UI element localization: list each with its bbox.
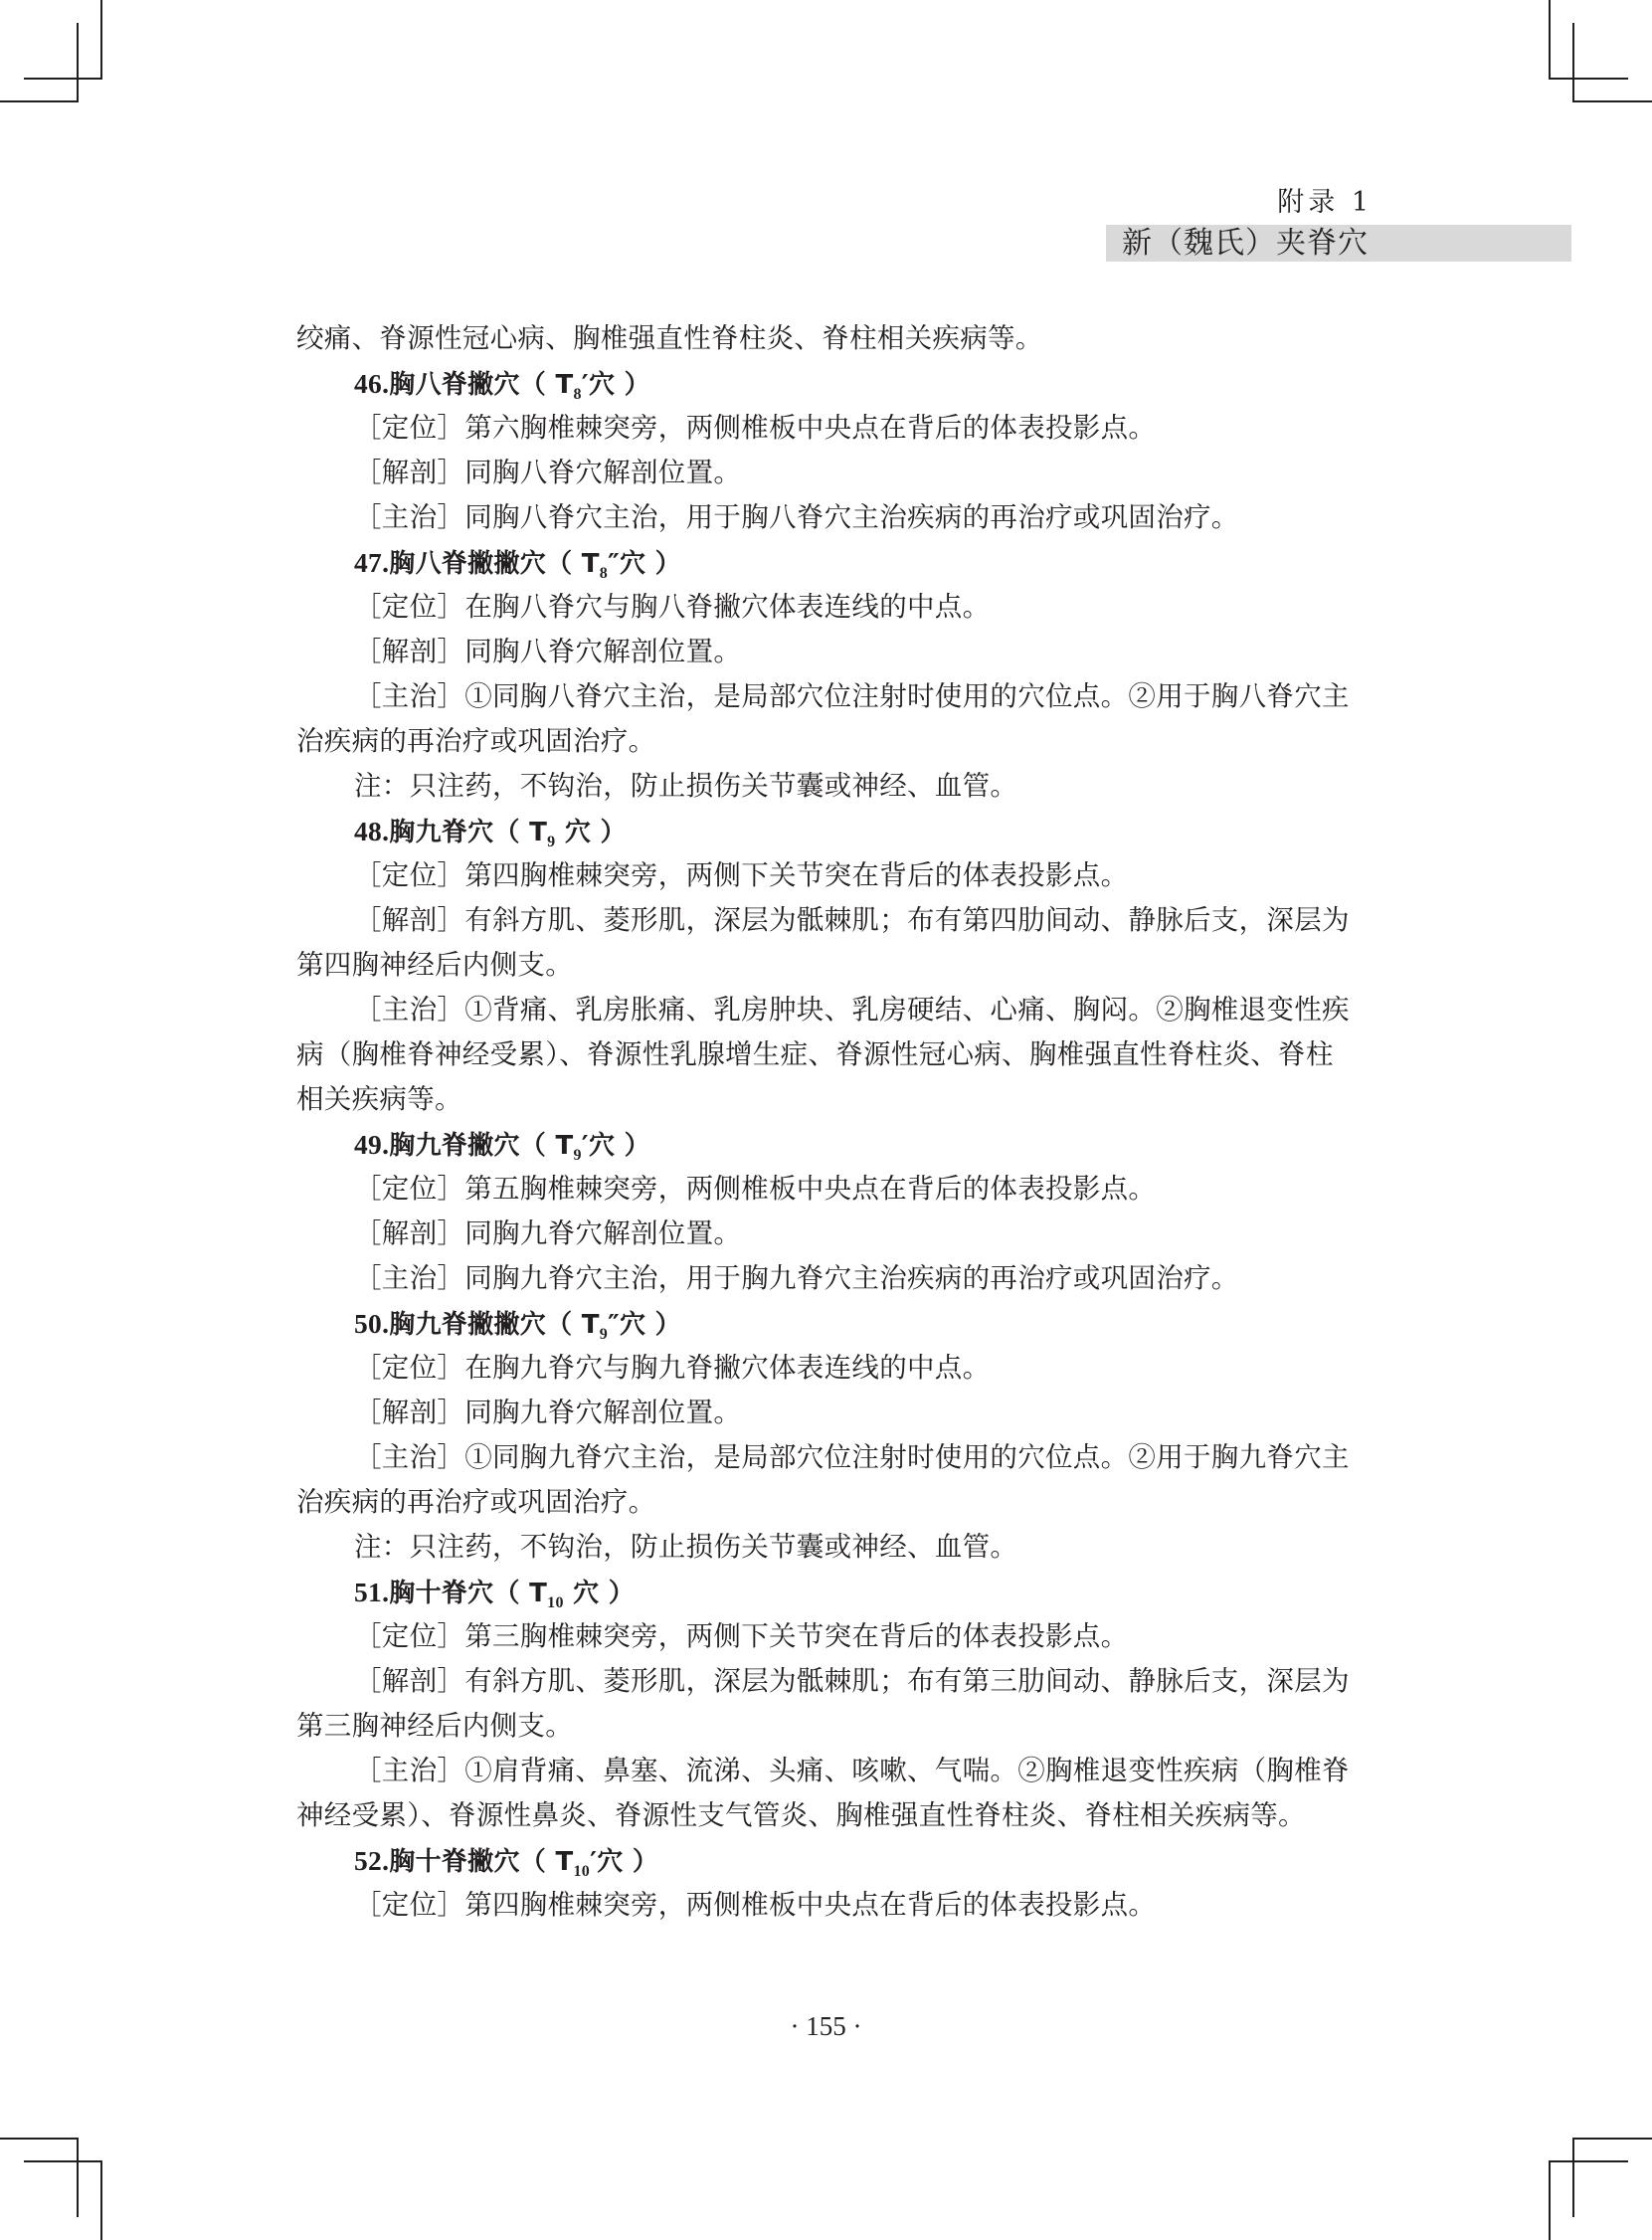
crop-mark-bottom-left	[100, 2160, 102, 2240]
entry-heading: 51.胸十脊穴（ T10 穴 ）	[296, 1570, 1390, 1614]
entry-code-prefix: （ T	[520, 1131, 574, 1161]
crop-mark-bottom-left	[77, 2138, 79, 2217]
entry-text-line: ［解剖］同胸九脊穴解剖位置。	[296, 1212, 1390, 1256]
entry-name: 胸八脊撇穴	[389, 370, 520, 400]
entry-text-line: ［主治］①同胸九脊穴主治，是局部穴位注射时使用的穴位点。②用于胸九脊穴主	[296, 1435, 1390, 1480]
entry-code-suffix: ′穴 ）	[590, 1847, 658, 1877]
entry-code-suffix: 穴 ）	[555, 818, 626, 847]
entry-text-line: ［解剖］同胸九脊穴解剖位置。	[296, 1391, 1390, 1435]
entry-code-prefix: （ T	[520, 1847, 574, 1877]
entry-name: 胸九脊穴	[389, 818, 493, 847]
entry-text-line: ［定位］在胸八脊穴与胸八脊撇穴体表连线的中点。	[296, 585, 1390, 630]
crop-mark-bottom-left	[24, 2160, 102, 2162]
entry-heading: 47.胸八脊撇撇穴（ T8″穴 ）	[296, 540, 1390, 585]
entry-code-prefix: （ T	[493, 1579, 547, 1608]
entry-heading: 46.胸八脊撇穴（ T8′穴 ）	[296, 361, 1390, 406]
entry-number: 52.	[354, 1845, 389, 1876]
entry-text-line: 相关疾病等。	[296, 1077, 1390, 1122]
entry-text-line: ［主治］同胸九脊穴主治，用于胸九脊穴主治疾病的再治疗或巩固治疗。	[296, 1256, 1390, 1301]
entry-code-suffix: ″穴 ）	[608, 1310, 681, 1340]
entry-code-subscript: 8	[600, 565, 608, 582]
entry-heading: 52.胸十脊撇穴（ T10′穴 ）	[296, 1838, 1390, 1883]
entry-text-line: ［解剖］有斜方肌、菱形肌，深层为骶棘肌；布有第四肋间动、静脉后支，深层为	[296, 898, 1390, 943]
crop-mark-bottom-right	[1572, 2138, 1652, 2140]
entry-text-line: 第三胸神经后内侧支。	[296, 1704, 1390, 1749]
entry-text-line: ［主治］同胸八脊穴主治，用于胸八脊穴主治疾病的再治疗或巩固治疗。	[296, 495, 1390, 540]
entry-text-line: 注：只注药，不钩治，防止损伤关节囊或神经、血管。	[296, 1525, 1390, 1570]
page-number: · 155 ·	[0, 2011, 1652, 2042]
entry-text-line: ［解剖］同胸八脊穴解剖位置。	[296, 451, 1390, 495]
entry-text-line: ［主治］①背痛、乳房胀痛、乳房肿块、乳房硬结、心痛、胸闷。②胸椎退变性疾	[296, 988, 1390, 1032]
entry-text-line: ［定位］第四胸椎棘突旁，两侧椎板中央点在背后的体表投影点。	[296, 1883, 1390, 1928]
entry-code-subscript: 8	[573, 386, 581, 403]
entry-code-subscript: 10	[573, 1863, 590, 1880]
entry-text-line: ［定位］在胸九脊穴与胸九脊撇穴体表连线的中点。	[296, 1346, 1390, 1391]
entry-heading: 49.胸九脊撇穴（ T9′穴 ）	[296, 1122, 1390, 1167]
entry-number: 47.	[354, 547, 389, 578]
entry-code-prefix: （ T	[546, 1310, 600, 1340]
crop-mark-top-left	[24, 78, 102, 80]
entry-name: 胸九脊撇穴	[389, 1131, 520, 1161]
entry-code-suffix: ′穴 ）	[582, 370, 650, 400]
entry-name: 胸八脊撇撇穴	[389, 549, 546, 579]
crop-mark-top-right	[1572, 100, 1652, 102]
page-body: 绞痛、脊源性冠心病、胸椎强直性脊柱炎、脊柱相关疾病等。 46.胸八脊撇穴（ T8…	[296, 316, 1390, 1928]
entry-text-line: ［解剖］同胸八脊穴解剖位置。	[296, 630, 1390, 674]
entry-code-subscript: 9	[573, 1147, 581, 1164]
entry-name: 胸九脊撇撇穴	[389, 1310, 546, 1340]
entry-number: 46.	[354, 368, 389, 399]
entry-text-line: ［定位］第六胸椎棘突旁，两侧椎板中央点在背后的体表投影点。	[296, 406, 1390, 451]
chapter-title: 新（魏氏）夹脊穴	[1122, 225, 1369, 262]
continuation-line: 绞痛、脊源性冠心病、胸椎强直性脊柱炎、脊柱相关疾病等。	[296, 316, 1390, 361]
crop-mark-top-left	[100, 0, 102, 79]
entry-text-line: ［主治］①肩背痛、鼻塞、流涕、头痛、咳嗽、气喘。②胸椎退变性疾病（胸椎脊	[296, 1749, 1390, 1793]
entry-code-suffix: 穴 ）	[564, 1579, 635, 1608]
entry-code-suffix: ″穴 ）	[608, 549, 681, 579]
entry-name: 胸十脊撇穴	[389, 1847, 520, 1877]
entry-heading: 48.胸九脊穴（ T9 穴 ）	[296, 809, 1390, 853]
entry-text-line: 治疾病的再治疗或巩固治疗。	[296, 719, 1390, 764]
entry-text-line: ［定位］第五胸椎棘突旁，两侧椎板中央点在背后的体表投影点。	[296, 1167, 1390, 1212]
crop-mark-top-right	[1549, 78, 1628, 80]
entry-text-line: ［定位］第四胸椎棘突旁，两侧下关节突在背后的体表投影点。	[296, 853, 1390, 898]
entry-text-line: ［主治］①同胸八脊穴主治，是局部穴位注射时使用的穴位点。②用于胸八脊穴主	[296, 674, 1390, 719]
crop-mark-bottom-right	[1572, 2138, 1574, 2217]
entry-number: 49.	[354, 1129, 389, 1160]
crop-mark-bottom-left	[0, 2138, 79, 2140]
entry-name: 胸十脊穴	[389, 1579, 493, 1608]
entry-text-line: 病（胸椎脊神经受累）、脊源性乳腺增生症、脊源性冠心病、胸椎强直性脊柱炎、脊柱	[296, 1032, 1390, 1077]
crop-mark-top-left	[0, 100, 79, 102]
crop-mark-bottom-right	[1549, 2160, 1628, 2162]
crop-mark-bottom-right	[1549, 2160, 1551, 2240]
entry-heading: 50.胸九脊撇撇穴（ T9″穴 ）	[296, 1301, 1390, 1346]
entry-number: 51.	[354, 1577, 389, 1607]
crop-mark-top-left	[77, 23, 79, 102]
entry-code-suffix: ′穴 ）	[582, 1131, 650, 1161]
section-label: 附录 1	[1193, 185, 1373, 221]
entry-text-line: ［解剖］有斜方肌、菱形肌，深层为骶棘肌；布有第三肋间动、静脉后支，深层为	[296, 1659, 1390, 1704]
entry-code-subscript: 9	[600, 1326, 608, 1343]
entry-number: 50.	[354, 1308, 389, 1339]
entry-text-line: 治疾病的再治疗或巩固治疗。	[296, 1480, 1390, 1525]
entry-number: 48.	[354, 816, 389, 846]
crop-mark-top-right	[1549, 0, 1551, 79]
entry-code-subscript: 10	[547, 1594, 564, 1611]
entry-text-line: 第四胸神经后内侧支。	[296, 943, 1390, 988]
entry-code-prefix: （ T	[520, 370, 574, 400]
entry-code-prefix: （ T	[546, 549, 600, 579]
entry-code-prefix: （ T	[493, 818, 547, 847]
entry-text-line: ［定位］第三胸椎棘突旁，两侧下关节突在背后的体表投影点。	[296, 1614, 1390, 1659]
entry-text-line: 神经受累）、脊源性鼻炎、脊源性支气管炎、胸椎强直性脊柱炎、脊柱相关疾病等。	[296, 1793, 1390, 1838]
entry-text-line: 注：只注药，不钩治，防止损伤关节囊或神经、血管。	[296, 764, 1390, 809]
crop-mark-top-right	[1572, 23, 1574, 102]
